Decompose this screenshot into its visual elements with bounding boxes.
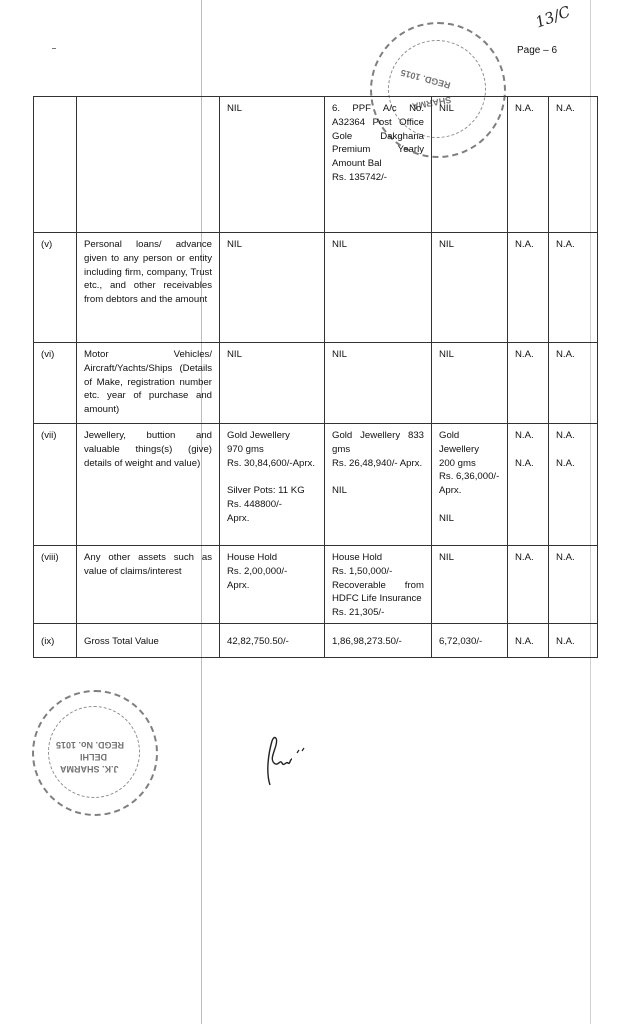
page-number: Page – 6 (517, 45, 557, 56)
cell-col4: N.A. (508, 97, 549, 233)
cell-col5: N.A.N.A. (549, 424, 598, 546)
cell-num: (vi) (34, 343, 77, 424)
cell-line: 42,82,750.50/- (227, 635, 317, 649)
cell-line: NIL (332, 238, 424, 252)
cell-line (439, 498, 500, 512)
cell-line: N.A. (556, 551, 590, 565)
cell-col2: 6. PPF A/c No. A32364 Post Office Gole D… (325, 97, 432, 233)
cell-description: Jewellery, buttion and valuable things(s… (77, 424, 220, 546)
cell-col1: NIL (220, 233, 325, 343)
cell-line: Rs. 1,50,000/- (332, 565, 424, 579)
cell-col2: Gold Jewellery 833 gmsRs. 26,48,940/- Ap… (325, 424, 432, 546)
cell-line: NIL (332, 484, 424, 498)
cell-col5: N.A. (549, 97, 598, 233)
cell-col5: N.A. (549, 233, 598, 343)
cell-line: 6,72,030/- (439, 635, 500, 649)
cell-line: Gold Jewellery 833 gms (332, 429, 424, 457)
cell-line: Rs. 30,84,600/-Aprx. (227, 457, 317, 471)
cell-line: N.A. (556, 429, 590, 443)
cell-line: N.A. (556, 102, 590, 116)
cell-line: NIL (439, 102, 500, 116)
cell-col5: N.A. (549, 343, 598, 424)
cell-description: Motor Vehicles/ Aircraft/Yachts/Ships (D… (77, 343, 220, 424)
cell-col1: Gold Jewellery970 gmsRs. 30,84,600/-Aprx… (220, 424, 325, 546)
cell-col2: NIL (325, 233, 432, 343)
cell-line (515, 443, 541, 457)
cell-col1: 42,82,750.50/- (220, 623, 325, 657)
notary-stamp-bottom: REGD. No. 1015 DELHI J.K. SHARMA (32, 690, 158, 816)
cell-col3: NIL (432, 97, 508, 233)
file-annotation: 13/C (533, 2, 573, 31)
cell-line: House Hold (227, 551, 317, 565)
cell-col3: Gold Jewellery200 gmsRs. 6,36,000/- Aprx… (432, 424, 508, 546)
assets-table: NIL6. PPF A/c No. A32364 Post Office Gol… (33, 96, 598, 658)
cell-line: NIL (227, 102, 317, 116)
cell-line: Aprx. (227, 512, 317, 526)
cell-line: Rs. 2,00,000/- (227, 565, 317, 579)
cell-line: N.A. (556, 635, 590, 649)
cell-line: N.A. (515, 457, 541, 471)
cell-line: Rs. 448800/- (227, 498, 317, 512)
cell-line: N.A. (556, 457, 590, 471)
cell-col4: N.A. (508, 233, 549, 343)
cell-line: 6. PPF A/c No. A32364 Post Office Gole D… (332, 102, 424, 171)
cell-line: Gold Jewellery (439, 429, 500, 457)
cell-line: N.A. (515, 348, 541, 362)
cell-line: N.A. (515, 102, 541, 116)
cell-line: N.A. (556, 348, 590, 362)
cell-col2: NIL (325, 343, 432, 424)
signature (262, 733, 308, 789)
cell-line: NIL (439, 238, 500, 252)
scan-mark (52, 48, 56, 49)
cell-col3: NIL (432, 233, 508, 343)
cell-line: Rs. 21,305/- (332, 606, 424, 620)
cell-col1: NIL (220, 343, 325, 424)
cell-num (34, 97, 77, 233)
cell-line: NIL (439, 551, 500, 565)
stamp-line-city: DELHI (80, 752, 107, 762)
cell-col1: House HoldRs. 2,00,000/-Aprx. (220, 546, 325, 624)
cell-col5: N.A. (549, 623, 598, 657)
cell-description: Any other assets such as value of claims… (77, 546, 220, 624)
table-row: (vi)Motor Vehicles/ Aircraft/Yachts/Ship… (34, 343, 598, 424)
table-row: (v)Personal loans/ advance given to any … (34, 233, 598, 343)
table-row: NIL6. PPF A/c No. A32364 Post Office Gol… (34, 97, 598, 233)
cell-line: NIL (439, 512, 500, 526)
cell-col2: House HoldRs. 1,50,000/-Recoverable from… (325, 546, 432, 624)
table-row: (vii)Jewellery, buttion and valuable thi… (34, 424, 598, 546)
cell-line: Rs. 6,36,000/- Aprx. (439, 470, 500, 498)
cell-num: (vii) (34, 424, 77, 546)
cell-line: Recoverable from HDFC Life Insurance (332, 579, 424, 607)
cell-line: 970 gms (227, 443, 317, 457)
cell-line (227, 470, 317, 484)
cell-line: House Hold (332, 551, 424, 565)
cell-col1: NIL (220, 97, 325, 233)
cell-line: 200 gms (439, 457, 500, 471)
cell-line: NIL (439, 348, 500, 362)
cell-line: N.A. (556, 238, 590, 252)
cell-line: Rs. 135742/- (332, 171, 424, 185)
cell-line: NIL (332, 348, 424, 362)
cell-col2: 1,86,98,273.50/- (325, 623, 432, 657)
cell-description: Gross Total Value (77, 623, 220, 657)
cell-num: (viii) (34, 546, 77, 624)
cell-line: Gold Jewellery (227, 429, 317, 443)
stamp-line-regd: REGD. No. 1015 (56, 740, 124, 750)
cell-col3: NIL (432, 343, 508, 424)
cell-line: NIL (227, 348, 317, 362)
cell-col4: N.A.N.A. (508, 424, 549, 546)
cell-line: N.A. (515, 551, 541, 565)
cell-col5: N.A. (549, 546, 598, 624)
cell-line: Rs. 26,48,940/- Aprx. (332, 457, 424, 471)
table-row: (viii)Any other assets such as value of … (34, 546, 598, 624)
cell-line: Silver Pots: 11 KG (227, 484, 317, 498)
cell-line: 1,86,98,273.50/- (332, 635, 424, 649)
cell-description: Personal loans/ advance given to any per… (77, 233, 220, 343)
cell-line: NIL (227, 238, 317, 252)
cell-line (556, 443, 590, 457)
cell-line: Aprx. (227, 579, 317, 593)
cell-col3: 6,72,030/- (432, 623, 508, 657)
cell-line: N.A. (515, 429, 541, 443)
cell-line: N.A. (515, 238, 541, 252)
cell-col3: NIL (432, 546, 508, 624)
cell-col4: N.A. (508, 343, 549, 424)
stamp-line-name: J.K. SHARMA (60, 764, 119, 774)
table-row: (ix)Gross Total Value42,82,750.50/-1,86,… (34, 623, 598, 657)
cell-line: N.A. (515, 635, 541, 649)
cell-col4: N.A. (508, 623, 549, 657)
cell-line (332, 470, 424, 484)
cell-num: (ix) (34, 623, 77, 657)
cell-col4: N.A. (508, 546, 549, 624)
cell-num: (v) (34, 233, 77, 343)
cell-description (77, 97, 220, 233)
